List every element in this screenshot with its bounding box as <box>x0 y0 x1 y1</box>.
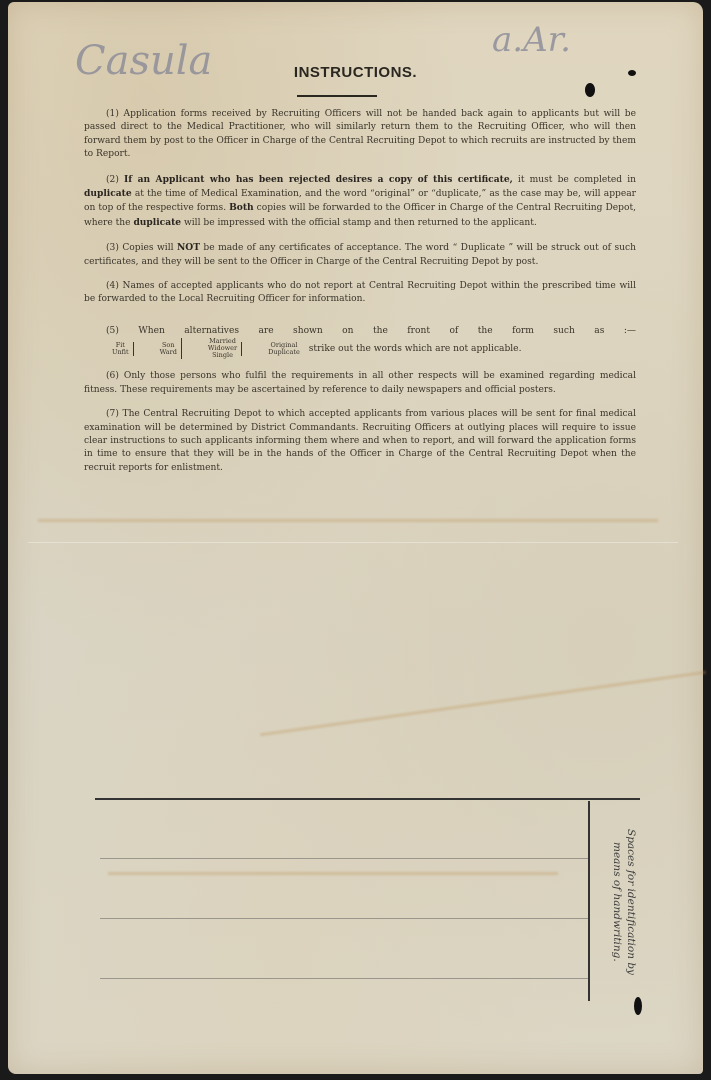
punch-hole <box>585 83 595 97</box>
box-divider <box>588 801 590 1001</box>
writing-line[interactable] <box>100 858 588 859</box>
handwriting-space-label: Spaces for identification by means of ha… <box>598 812 638 992</box>
instruction-5: (5) When alternatives are shown on the f… <box>84 325 636 359</box>
alt-marital: MarriedWidowerSingle <box>181 338 241 359</box>
instruction-7: (7) The Central Recruiting Depot to whic… <box>84 408 636 475</box>
fold-stain <box>260 671 706 737</box>
instruction-1: (1) Application forms received by Recrui… <box>84 108 636 162</box>
instruction-3: (3) Copies will NOT be made of any certi… <box>84 241 636 269</box>
form-alternatives: FitUnfit SonWard MarriedWidowerSingle Or… <box>86 338 304 359</box>
handwriting-specimen-box <box>95 798 640 998</box>
fold-stain <box>38 519 658 522</box>
title-underline <box>297 95 377 97</box>
handwritten-annotation: a.Ar. <box>492 20 571 60</box>
paper-crease <box>28 542 678 543</box>
alt-fit-unfit: FitUnfit <box>86 342 133 356</box>
instructions-list: (1) Application forms received by Recrui… <box>84 108 636 486</box>
instruction-2: (2) If an Applicant who has been rejecte… <box>84 173 636 231</box>
instruction-6: (6) Only those persons who fulfil the re… <box>84 370 636 397</box>
punch-hole <box>634 997 642 1015</box>
writing-line[interactable] <box>100 978 588 979</box>
alt-copy: OriginalDuplicate <box>241 342 304 356</box>
page-title: INSTRUCTIONS. <box>0 64 711 81</box>
box-top-rule <box>95 798 640 800</box>
instruction-4: (4) Names of accepted applicants who do … <box>84 280 636 307</box>
alt-son-ward: SonWard <box>133 342 181 356</box>
writing-line[interactable] <box>100 918 588 919</box>
